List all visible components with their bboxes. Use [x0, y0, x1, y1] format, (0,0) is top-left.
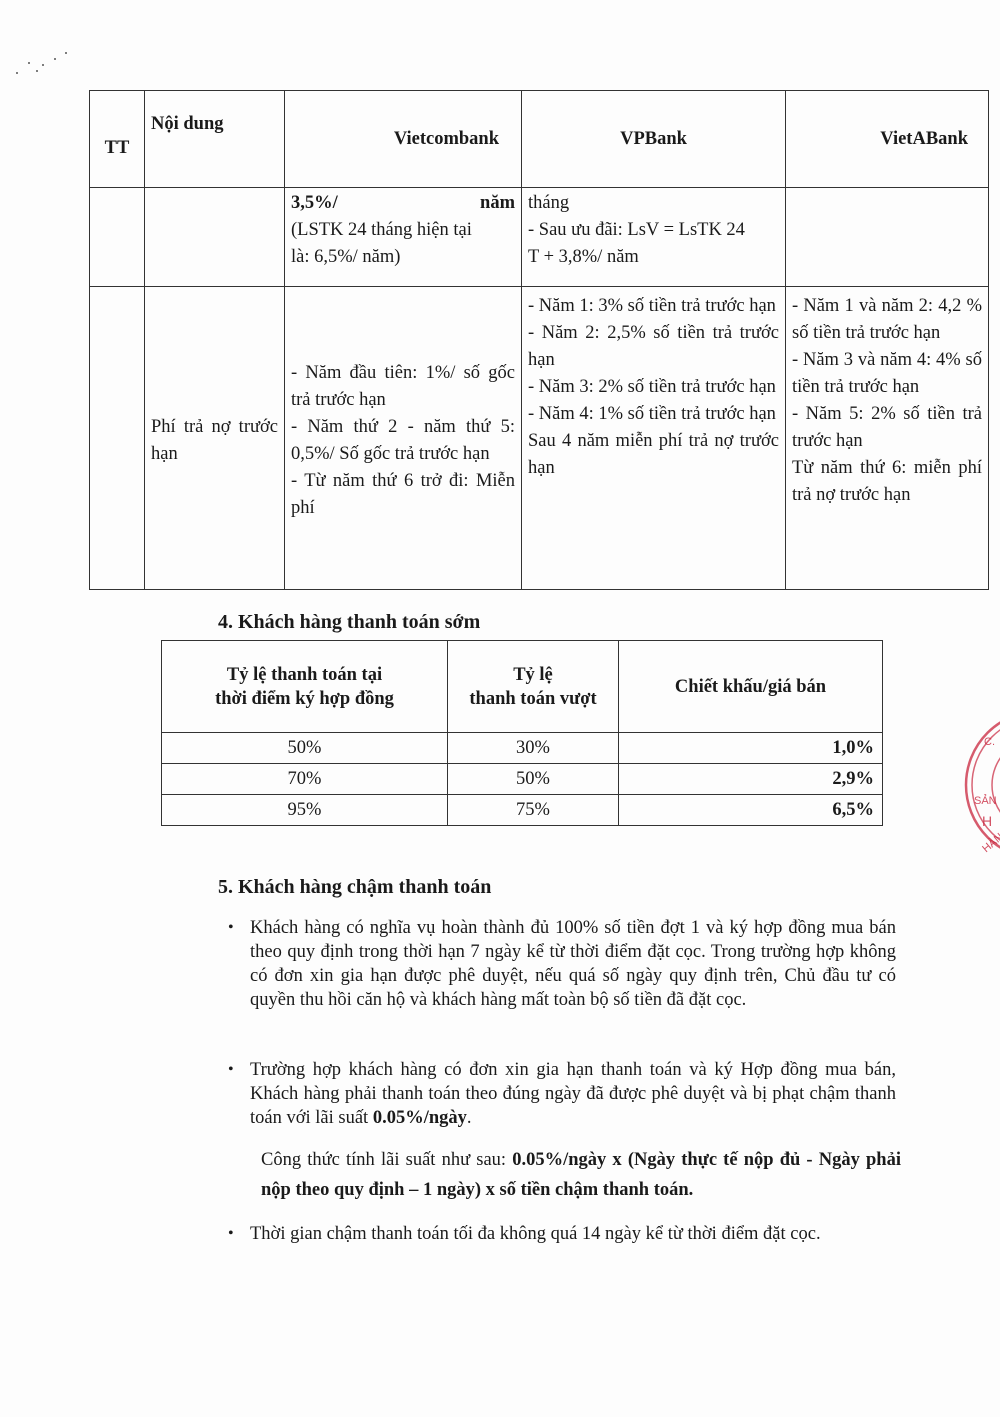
- section-5-heading: 5. Khách hàng chậm thanh toán: [218, 876, 491, 899]
- bullet-icon: •: [228, 916, 250, 1012]
- cell-vietcombank-fee: - Năm đầu tiên: 1%/ số gốc trả trước hạn…: [285, 287, 522, 590]
- section-4-heading: 4. Khách hàng thanh toán sớm: [218, 611, 480, 634]
- cell-excess-rate: 50%: [448, 764, 619, 795]
- bullet-icon: •: [228, 1222, 250, 1246]
- cell-rate-at-signing: 70%: [162, 764, 448, 795]
- cell-vietabank-fee: - Năm 1 và năm 2: 4,2 % số tiền trả trướ…: [786, 287, 989, 590]
- fee-item: - Từ năm thứ 6 trở đi: Miễn phí: [291, 468, 515, 522]
- cell-discount: 1,0%: [619, 733, 883, 764]
- cell-vpbank-fee: - Năm 1: 3% số tiền trả trước hạn - Năm …: [522, 287, 786, 590]
- header-excess-rate: Tỷ lệ thanh toán vượt: [448, 641, 619, 733]
- cell-vietcombank-rate: 3,5%/ năm (LSTK 24 tháng hiện tại là: 6,…: [285, 188, 522, 287]
- bullet-item: • Trường hợp khách hàng có đơn xin gia h…: [228, 1058, 896, 1130]
- table-header-row: TT Nội dung Vietcombank VPBank VietABank: [90, 91, 989, 188]
- header-discount: Chiết khấu/giá bán: [619, 641, 883, 733]
- company-stamp-icon: C. SẢN H HÀN: [960, 700, 1000, 870]
- cell-excess-rate: 75%: [448, 795, 619, 826]
- cell-content-fee: Phí trả nợ trước hạn: [145, 287, 285, 590]
- cell-discount: 6,5%: [619, 795, 883, 826]
- fee-item: - Năm 3 và năm 4: 4% số tiền trả trước h…: [792, 347, 982, 401]
- fee-item: - Năm đầu tiên: 1%/ số gốc trả trước hạn: [291, 360, 515, 414]
- svg-text:H: H: [982, 813, 992, 829]
- svg-text:HÀN: HÀN: [980, 830, 1000, 855]
- header-line: Tỷ lệ: [454, 663, 612, 687]
- header-vpbank: VPBank: [522, 91, 786, 188]
- header-vietcombank: Vietcombank: [285, 91, 522, 188]
- cell-vpbank-rate: tháng - Sau ưu đãi: LsV = LsTK 24 T + 3,…: [522, 188, 786, 287]
- svg-text:C.: C.: [984, 736, 995, 748]
- table-row: 50% 30% 1,0%: [162, 733, 883, 764]
- formula-label: Công thức tính lãi suất như sau:: [261, 1150, 512, 1170]
- rate-line: tháng: [528, 190, 779, 217]
- cell-tt: [90, 188, 145, 287]
- rate-note-line: (LSTK 24 tháng hiện tại: [291, 217, 515, 244]
- fee-item: - Năm 2: 2,5% số tiền trả trước hạn: [528, 320, 779, 374]
- table-row: 95% 75% 6,5%: [162, 795, 883, 826]
- table-row: 3,5%/ năm (LSTK 24 tháng hiện tại là: 6,…: [90, 188, 989, 287]
- table-row: 70% 50% 2,9%: [162, 764, 883, 795]
- cell-rate-at-signing: 50%: [162, 733, 448, 764]
- formula-paragraph: Công thức tính lãi suất như sau: 0.05%/n…: [261, 1145, 901, 1205]
- rate-unit: năm: [480, 190, 515, 217]
- cell-discount: 2,9%: [619, 764, 883, 795]
- fee-item: - Năm 3: 2% số tiền trả trước hạn: [528, 374, 779, 401]
- bank-comparison-table: TT Nội dung Vietcombank VPBank VietABank…: [89, 90, 989, 590]
- fee-item: Từ năm thứ 6: miễn phí trả nợ trước hạn: [792, 455, 982, 509]
- bullet-text-end: .: [467, 1108, 472, 1128]
- header-line: Tỷ lệ thanh toán tại: [168, 663, 441, 687]
- bullet-icon: •: [228, 1058, 250, 1130]
- cell-vietabank-rate: [786, 188, 989, 287]
- header-line: thanh toán vượt: [454, 687, 612, 711]
- svg-text:SẢN: SẢN: [974, 794, 997, 807]
- bullet-text: Khách hàng có nghĩa vụ hoàn thành đủ 100…: [250, 916, 896, 1012]
- bullet-item: • Khách hàng có nghĩa vụ hoàn thành đủ 1…: [228, 916, 896, 1012]
- cell-rate-at-signing: 95%: [162, 795, 448, 826]
- header-content: Nội dung: [145, 91, 285, 188]
- header-rate-at-signing: Tỷ lệ thanh toán tại thời điểm ký hợp đồ…: [162, 641, 448, 733]
- table-header-row: Tỷ lệ thanh toán tại thời điểm ký hợp đồ…: [162, 641, 883, 733]
- rate-line: - Sau ưu đãi: LsV = LsTK 24: [528, 217, 779, 244]
- fee-item: - Năm thứ 2 - năm thứ 5: 0,5%/ Số gốc tr…: [291, 414, 515, 468]
- bullet-text-part: Trường hợp khách hàng có đơn xin gia hạn…: [250, 1060, 896, 1128]
- fee-item: - Năm 1 và năm 2: 4,2 % số tiền trả trướ…: [792, 293, 982, 347]
- penalty-rate: 0.05%/ngày: [373, 1108, 467, 1128]
- bullet-item: • Thời gian chậm thanh toán tối đa không…: [228, 1222, 896, 1246]
- rate-note-line: là: 6,5%/ năm): [291, 244, 515, 271]
- fee-item: - Năm 1: 3% số tiền trả trước hạn: [528, 293, 779, 320]
- rate-line: T + 3,8%/ năm: [528, 244, 779, 271]
- table-row: Phí trả nợ trước hạn - Năm đầu tiên: 1%/…: [90, 287, 989, 590]
- fee-item: - Năm 4: 1% số tiền trả trước hạn: [528, 401, 779, 428]
- cell-tt: [90, 287, 145, 590]
- header-line: thời điểm ký hợp đồng: [168, 687, 441, 711]
- fee-item: - Năm 5: 2% số tiền trả trước hạn: [792, 401, 982, 455]
- header-vietabank: VietABank: [786, 91, 989, 188]
- bullet-text: Thời gian chậm thanh toán tối đa không q…: [250, 1222, 896, 1246]
- header-tt: TT: [90, 91, 145, 188]
- scan-specks: [10, 50, 80, 80]
- rate-value: 3,5%/: [291, 190, 338, 217]
- fee-item: Sau 4 năm miễn phí trả nợ trước hạn: [528, 428, 779, 482]
- cell-excess-rate: 30%: [448, 733, 619, 764]
- early-payment-table: Tỷ lệ thanh toán tại thời điểm ký hợp đồ…: [161, 640, 883, 826]
- bullet-text: Trường hợp khách hàng có đơn xin gia hạn…: [250, 1058, 896, 1130]
- cell-content: [145, 188, 285, 287]
